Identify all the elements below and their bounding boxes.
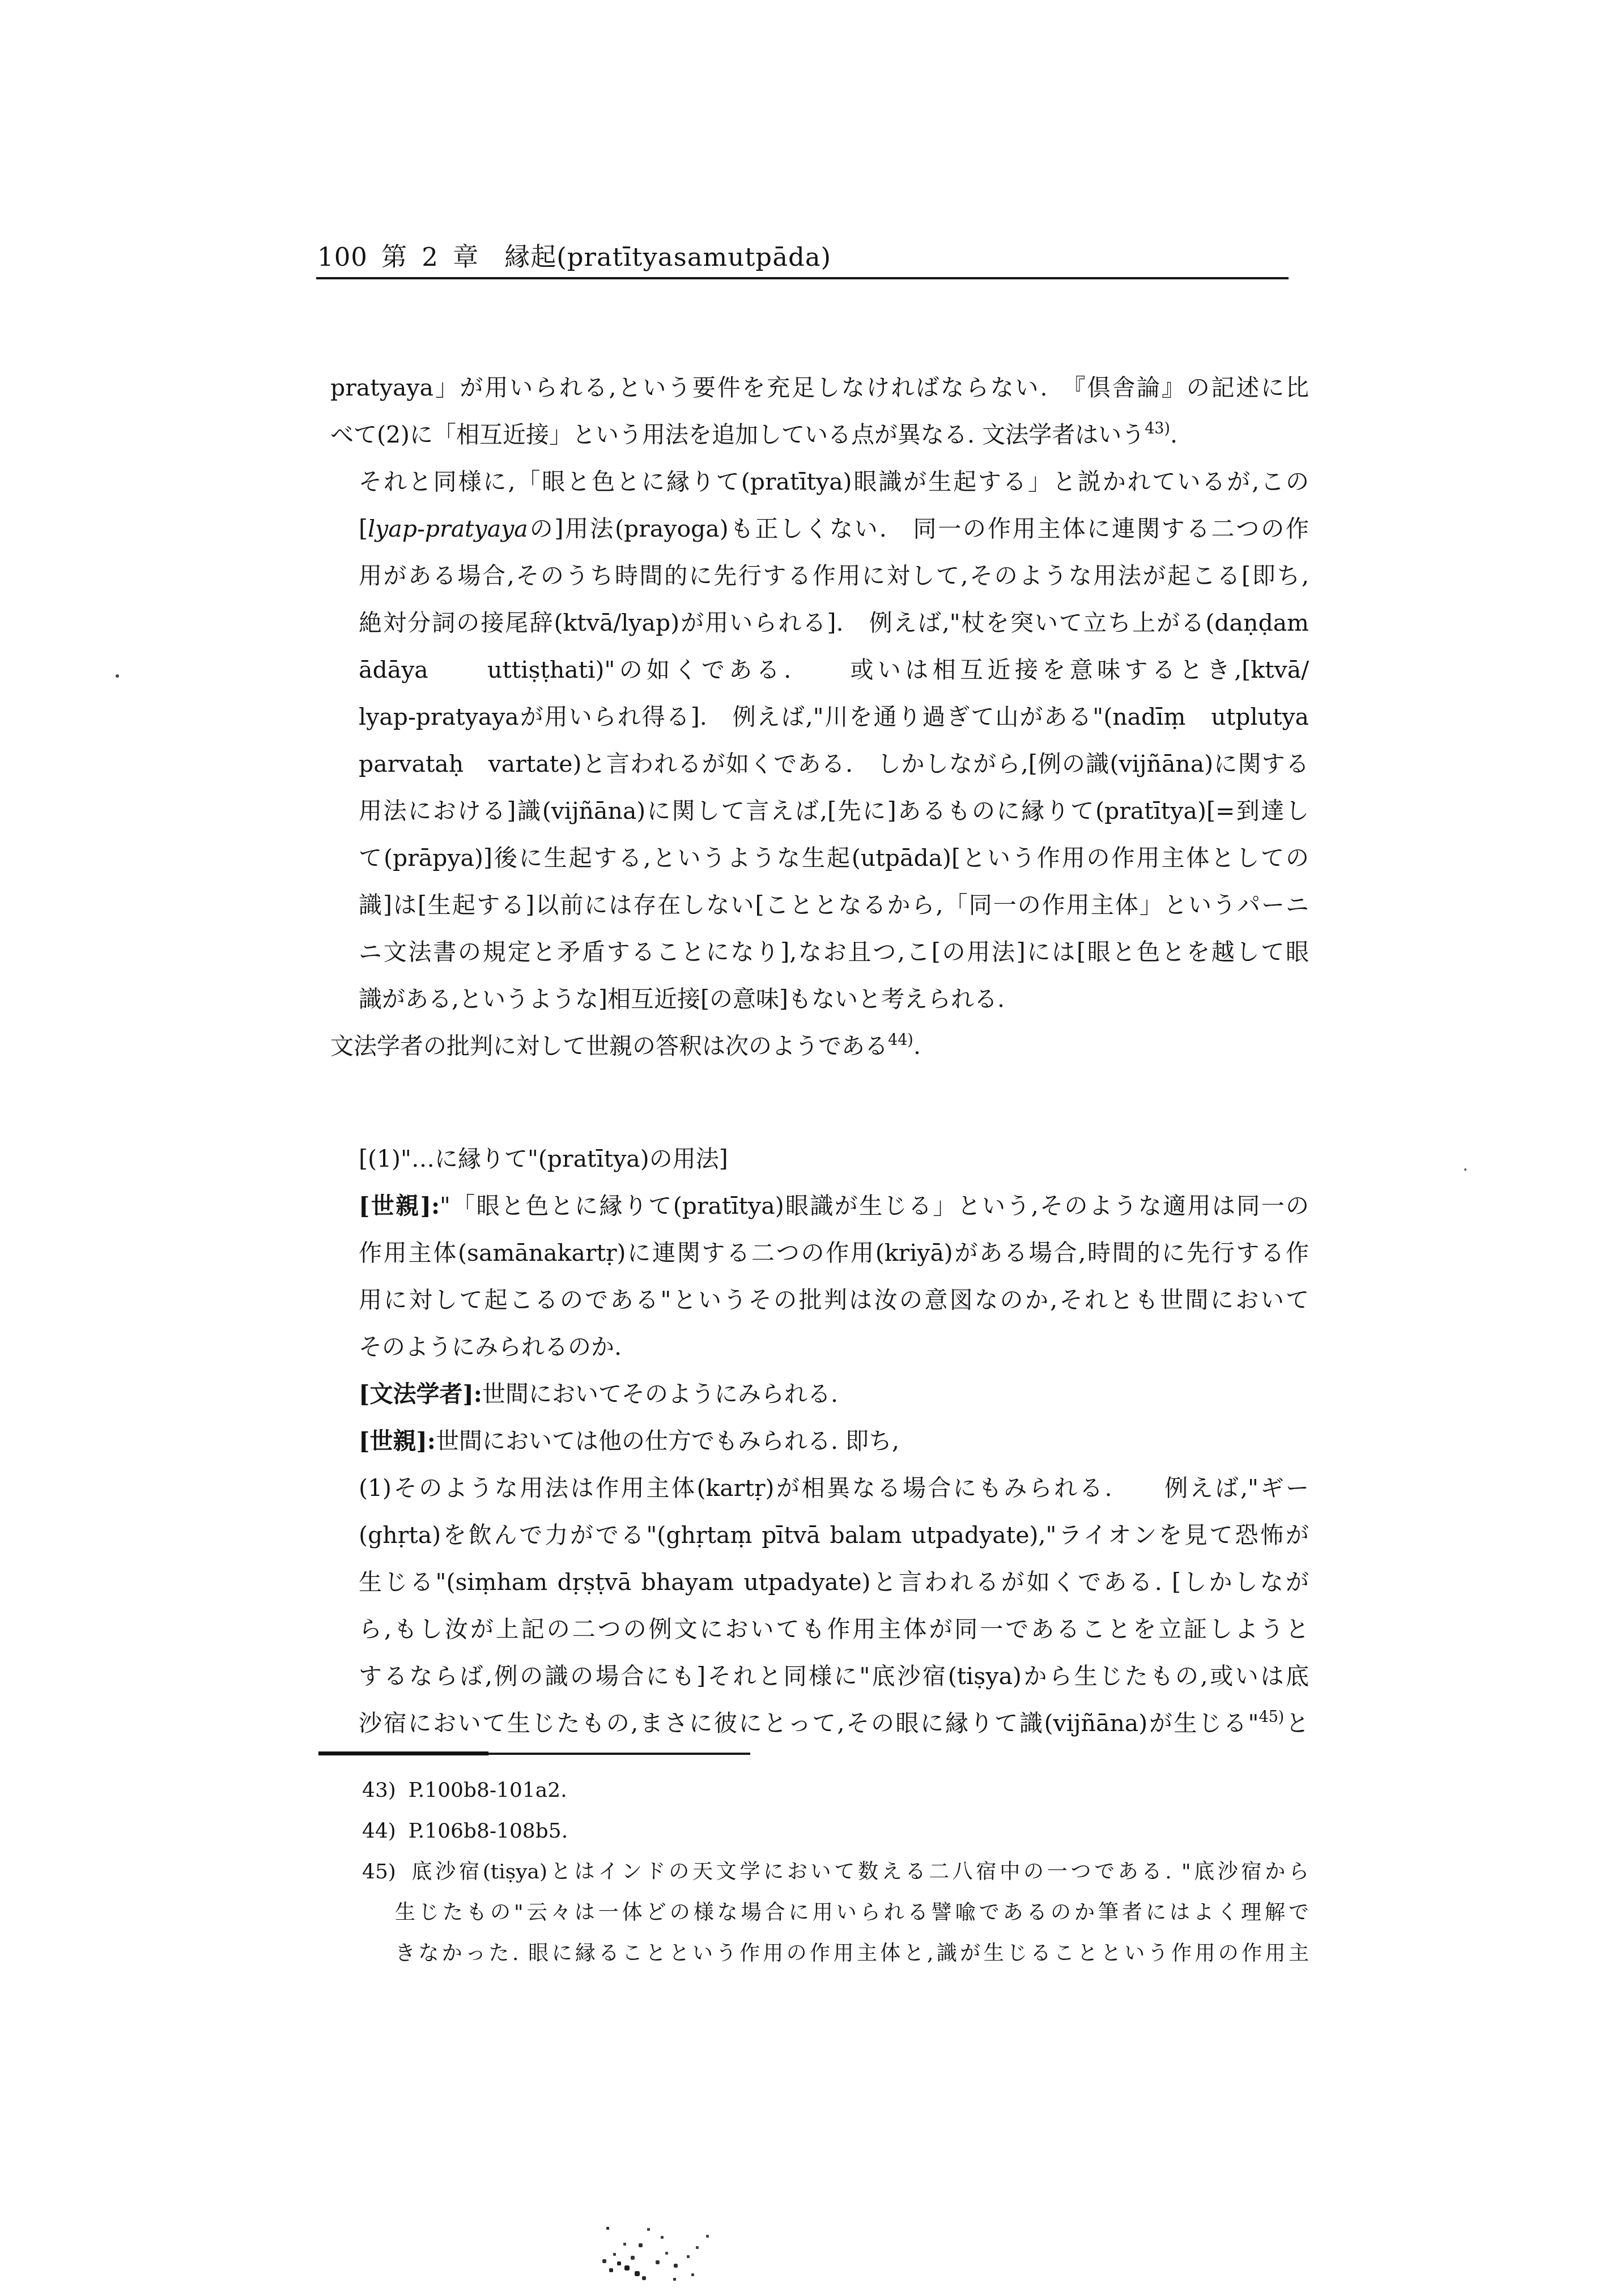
- text-line: 生じる"(siṃham dṛṣṭvā bhayam utpadyate)と言われ…: [359, 1559, 1309, 1606]
- text-line: [lyap-pratyayaの]用法(prayoga)も正しくない. 同一の作用…: [359, 505, 1309, 552]
- footnote-45-continuation: 生じたもの"云々は一体どの様な場合に用いられる譬喩であるのか筆者にはよく理解で: [395, 1893, 1309, 1933]
- text-line: ādāya uttiṣṭhati)"の如くである. 或いは相互近接を意味するとき…: [359, 647, 1309, 694]
- speaker-label-grammarian: [文法学者]:: [359, 1380, 482, 1408]
- scan-smudge: [606, 2227, 609, 2230]
- footnote-45-continuation: きなかった. 眼に縁ることという作用の作用主体と,識が生じることという作用の作用…: [395, 1933, 1309, 1974]
- header-rule: [316, 277, 1289, 279]
- chapter-title: 縁起(pratītyasamutpāda): [504, 242, 831, 272]
- footnote-number: 45): [362, 1860, 396, 1883]
- chapter-label: 第 2 章: [381, 242, 482, 272]
- text-line: するならば,例の識の場合にも]それと同様に"底沙宿(tiṣya)から生じたもの,…: [359, 1653, 1309, 1700]
- speaker-label-vasubandhu: [世親]:: [359, 1192, 440, 1219]
- footnote-number: 44): [362, 1819, 396, 1843]
- dialogue-line: [世親]:世間においては他の仕方でもみられる. 即ち,: [359, 1418, 1309, 1465]
- text-line: lyap-pratyayaが用いられ得る]. 例えば,"川を通り過ぎて山がある"…: [359, 694, 1309, 741]
- footnote-ref-44: 44): [888, 1031, 913, 1049]
- footnote-44: 44)P.106b8-108b5.: [362, 1811, 1309, 1852]
- body-paragraphs-2: [(1)"…に縁りて"(pratītya)の用法] [世親]:"「眼と色とに縁り…: [317, 1136, 1309, 1747]
- footnote-rule-heavy-segment: [318, 1751, 488, 1755]
- body-paragraphs-1: pratyaya」が用いられる,という要件を充足しなければならない. 『倶舎論』…: [317, 364, 1309, 1070]
- text-line: 用がある場合,そのうち時間的に先行する作用に対して,そのような用法が起こる[即ち…: [359, 552, 1309, 599]
- scan-speck: [116, 674, 119, 678]
- text-line: 識]は[生起する]以前には存在しない[こととなるから,「同一の作用主体」というパ…: [359, 882, 1309, 929]
- italic-term: lyap-pratyaya: [368, 515, 528, 542]
- footnote-45: 45)底沙宿(tiṣya)とはインドの天文学において数える二八宿中の一つである.…: [362, 1852, 1309, 1893]
- footnote-ref-43: 43): [1145, 420, 1170, 437]
- scanned-book-page: 100第 2 章縁起(pratītyasamutpāda) pratyaya」が…: [0, 0, 1624, 2296]
- dialogue-line: [世親]:"「眼と色とに縁りて(pratītya)眼識が生じる」という,そのよう…: [359, 1183, 1309, 1230]
- text-line: 絶対分詞の接尾辞(ktvā/lyap)が用いられる]. 例えば,"杖を突いて立ち…: [359, 599, 1309, 647]
- text-line: 沙宿において生じたもの,まさに彼にとって,その眼に縁りて識(vijñāna)が生…: [359, 1700, 1309, 1747]
- footnote-number: 43): [362, 1779, 396, 1802]
- footnote-ref-45: 45): [1259, 1708, 1284, 1726]
- speaker-label-vasubandhu: [世親]:: [359, 1427, 436, 1455]
- text-line: (1)そのような用法は作用主体(kartṛ)が相異なる場合にもみられる. 例えば…: [359, 1465, 1309, 1512]
- text-line: それと同様に,「眼と色とに縁りて(pratītya)眼識が生起する」と説かれてい…: [359, 458, 1309, 505]
- running-head: 100第 2 章縁起(pratītyasamutpāda): [317, 237, 1309, 278]
- scan-speck: [1464, 1168, 1466, 1171]
- text-line: 用に対して起こるのである"というその批判は汝の意図なのか,それとも世間において: [359, 1277, 1309, 1324]
- text-line: pratyaya」が用いられる,という要件を充足しなければならない. 『倶舎論』…: [330, 364, 1309, 411]
- footnote-43: 43)P.100b8-101a2.: [362, 1770, 1309, 1811]
- footnotes: 43)P.100b8-101a2. 44)P.106b8-108b5. 45)底…: [317, 1770, 1309, 1974]
- text-line: 識がある,というような]相互近接[の意味]もないと考えられる.: [359, 976, 1309, 1023]
- text-line: parvataḥ vartate)と言われるが如くである. しかしながら,[例の…: [359, 741, 1309, 788]
- text-line: 用法における]識(vijñāna)に関して言えば,[先に]あるものに縁りて(pr…: [359, 788, 1309, 835]
- text-line: 作用主体(samānakartṛ)に連関する二つの作用(kriyā)がある場合,…: [359, 1230, 1309, 1277]
- text-line: 文法学者の批判に対して世親の答釈は次のようである44).: [330, 1023, 1309, 1070]
- text-line: (ghṛta)を飲んで力がでる"(ghṛtaṃ pītvā balam utpa…: [359, 1512, 1309, 1559]
- text-line: て(prāpya)]後に生起する,というような生起(utpāda)[という作用の…: [359, 835, 1309, 882]
- text-line: ニ文法書の規定と矛盾することになり],なお且つ,こ[の用法]には[眼と色とを越し…: [359, 929, 1309, 976]
- text-line: そのようにみられるのか.: [359, 1324, 1309, 1371]
- text-line: べて(2)に「相互近接」という用法を追加している点が異なる. 文法学者はいう43…: [330, 411, 1309, 458]
- section-heading-line: [(1)"…に縁りて"(pratītya)の用法]: [359, 1136, 1309, 1183]
- text-line: ら,もし汝が上記の二つの例文においても作用主体が同一であることを立証しようと: [359, 1606, 1309, 1653]
- page-number: 100: [317, 242, 368, 272]
- dialogue-line: [文法学者]:世間においてそのようにみられる.: [359, 1371, 1309, 1418]
